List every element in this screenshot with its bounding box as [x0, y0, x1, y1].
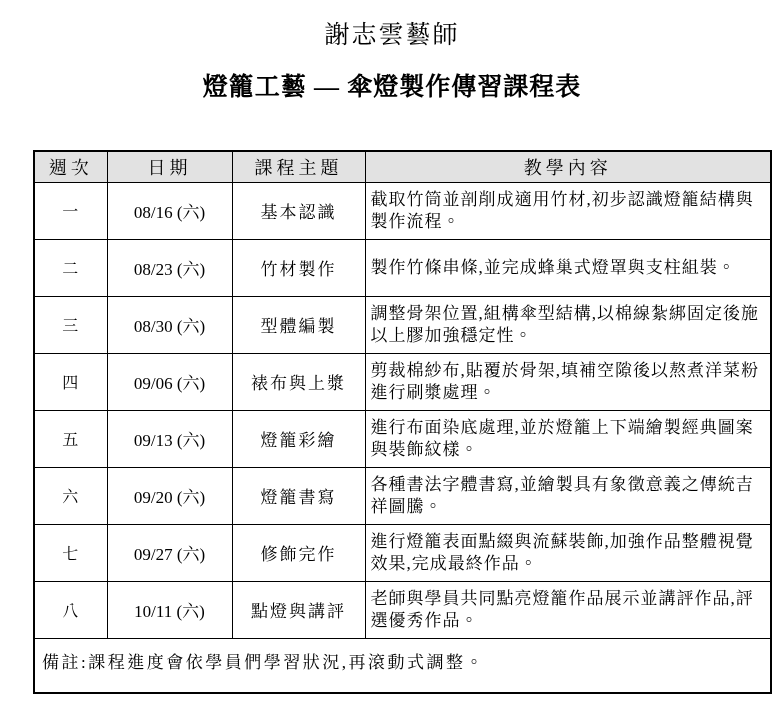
- header-week: 週次: [34, 151, 107, 182]
- table-row: 八 10/11 (六) 點燈與講評 老師與學員共同點亮燈籠作品展示並講評作品,評…: [34, 581, 771, 638]
- date-cell: 08/16 (六): [107, 182, 232, 239]
- date-cell: 08/30 (六): [107, 296, 232, 353]
- date-cell: 09/20 (六): [107, 467, 232, 524]
- week-cell: 四: [34, 353, 107, 410]
- content-cell: 老師與學員共同點亮燈籠作品展示並講評作品,評選優秀作品。: [365, 581, 771, 638]
- header-topic: 課程主題: [232, 151, 365, 182]
- topic-cell: 竹材製作: [232, 239, 365, 296]
- table-row: 二 08/23 (六) 竹材製作 製作竹條串條,並完成蜂巢式燈罩與支柱組裝。: [34, 239, 771, 296]
- week-cell: 二: [34, 239, 107, 296]
- week-cell: 六: [34, 467, 107, 524]
- table-row: 三 08/30 (六) 型體編製 調整骨架位置,組構傘型結構,以棉線紮綁固定後施…: [34, 296, 771, 353]
- header-content: 教學內容: [365, 151, 771, 182]
- date-cell: 09/27 (六): [107, 524, 232, 581]
- document-page: 謝志雲藝師 燈籠工藝 — 傘燈製作傳習課程表 週次 日期 課程主題 教學內容 一…: [0, 0, 784, 703]
- topic-cell: 基本認識: [232, 182, 365, 239]
- note-cell: 備註:課程進度會依學員們學習狀況,再滾動式調整。: [34, 638, 771, 693]
- content-cell: 截取竹筒並剖削成適用竹材,初步認識燈籠結構與製作流程。: [365, 182, 771, 239]
- date-cell: 09/06 (六): [107, 353, 232, 410]
- date-cell: 10/11 (六): [107, 581, 232, 638]
- table-note-row: 備註:課程進度會依學員們學習狀況,再滾動式調整。: [34, 638, 771, 693]
- week-cell: 五: [34, 410, 107, 467]
- table-row: 四 09/06 (六) 裱布與上漿 剪裁棉紗布,貼覆於骨架,填補空隙後以熬煮洋菜…: [34, 353, 771, 410]
- topic-cell: 燈籠書寫: [232, 467, 365, 524]
- table-row: 六 09/20 (六) 燈籠書寫 各種書法字體書寫,並繪製具有象徵意義之傳統吉祥…: [34, 467, 771, 524]
- page-title: 謝志雲藝師: [0, 15, 784, 51]
- topic-cell: 裱布與上漿: [232, 353, 365, 410]
- content-cell: 調整骨架位置,組構傘型結構,以棉線紮綁固定後施以上膠加強穩定性。: [365, 296, 771, 353]
- week-cell: 八: [34, 581, 107, 638]
- content-cell: 各種書法字體書寫,並繪製具有象徵意義之傳統吉祥圖騰。: [365, 467, 771, 524]
- table-row: 七 09/27 (六) 修飾完作 進行燈籠表面點綴與流蘇裝飾,加強作品整體視覺效…: [34, 524, 771, 581]
- date-cell: 09/13 (六): [107, 410, 232, 467]
- week-cell: 三: [34, 296, 107, 353]
- table-row: 五 09/13 (六) 燈籠彩繪 進行布面染底處理,並於燈籠上下端繪製經典圖案與…: [34, 410, 771, 467]
- date-cell: 08/23 (六): [107, 239, 232, 296]
- topic-cell: 點燈與講評: [232, 581, 365, 638]
- content-cell: 進行燈籠表面點綴與流蘇裝飾,加強作品整體視覺效果,完成最終作品。: [365, 524, 771, 581]
- content-cell: 進行布面染底處理,並於燈籠上下端繪製經典圖案與裝飾紋樣。: [365, 410, 771, 467]
- week-cell: 七: [34, 524, 107, 581]
- content-cell: 剪裁棉紗布,貼覆於骨架,填補空隙後以熬煮洋菜粉進行刷漿處理。: [365, 353, 771, 410]
- content-cell: 製作竹條串條,並完成蜂巢式燈罩與支柱組裝。: [365, 239, 771, 296]
- course-schedule-table: 週次 日期 課程主題 教學內容 一 08/16 (六) 基本認識 截取竹筒並剖削…: [33, 150, 772, 694]
- week-cell: 一: [34, 182, 107, 239]
- header-date: 日期: [107, 151, 232, 182]
- table-header-row: 週次 日期 課程主題 教學內容: [34, 151, 771, 182]
- topic-cell: 修飾完作: [232, 524, 365, 581]
- table-row: 一 08/16 (六) 基本認識 截取竹筒並剖削成適用竹材,初步認識燈籠結構與製…: [34, 182, 771, 239]
- topic-cell: 型體編製: [232, 296, 365, 353]
- page-subtitle: 燈籠工藝 — 傘燈製作傳習課程表: [0, 67, 784, 103]
- topic-cell: 燈籠彩繪: [232, 410, 365, 467]
